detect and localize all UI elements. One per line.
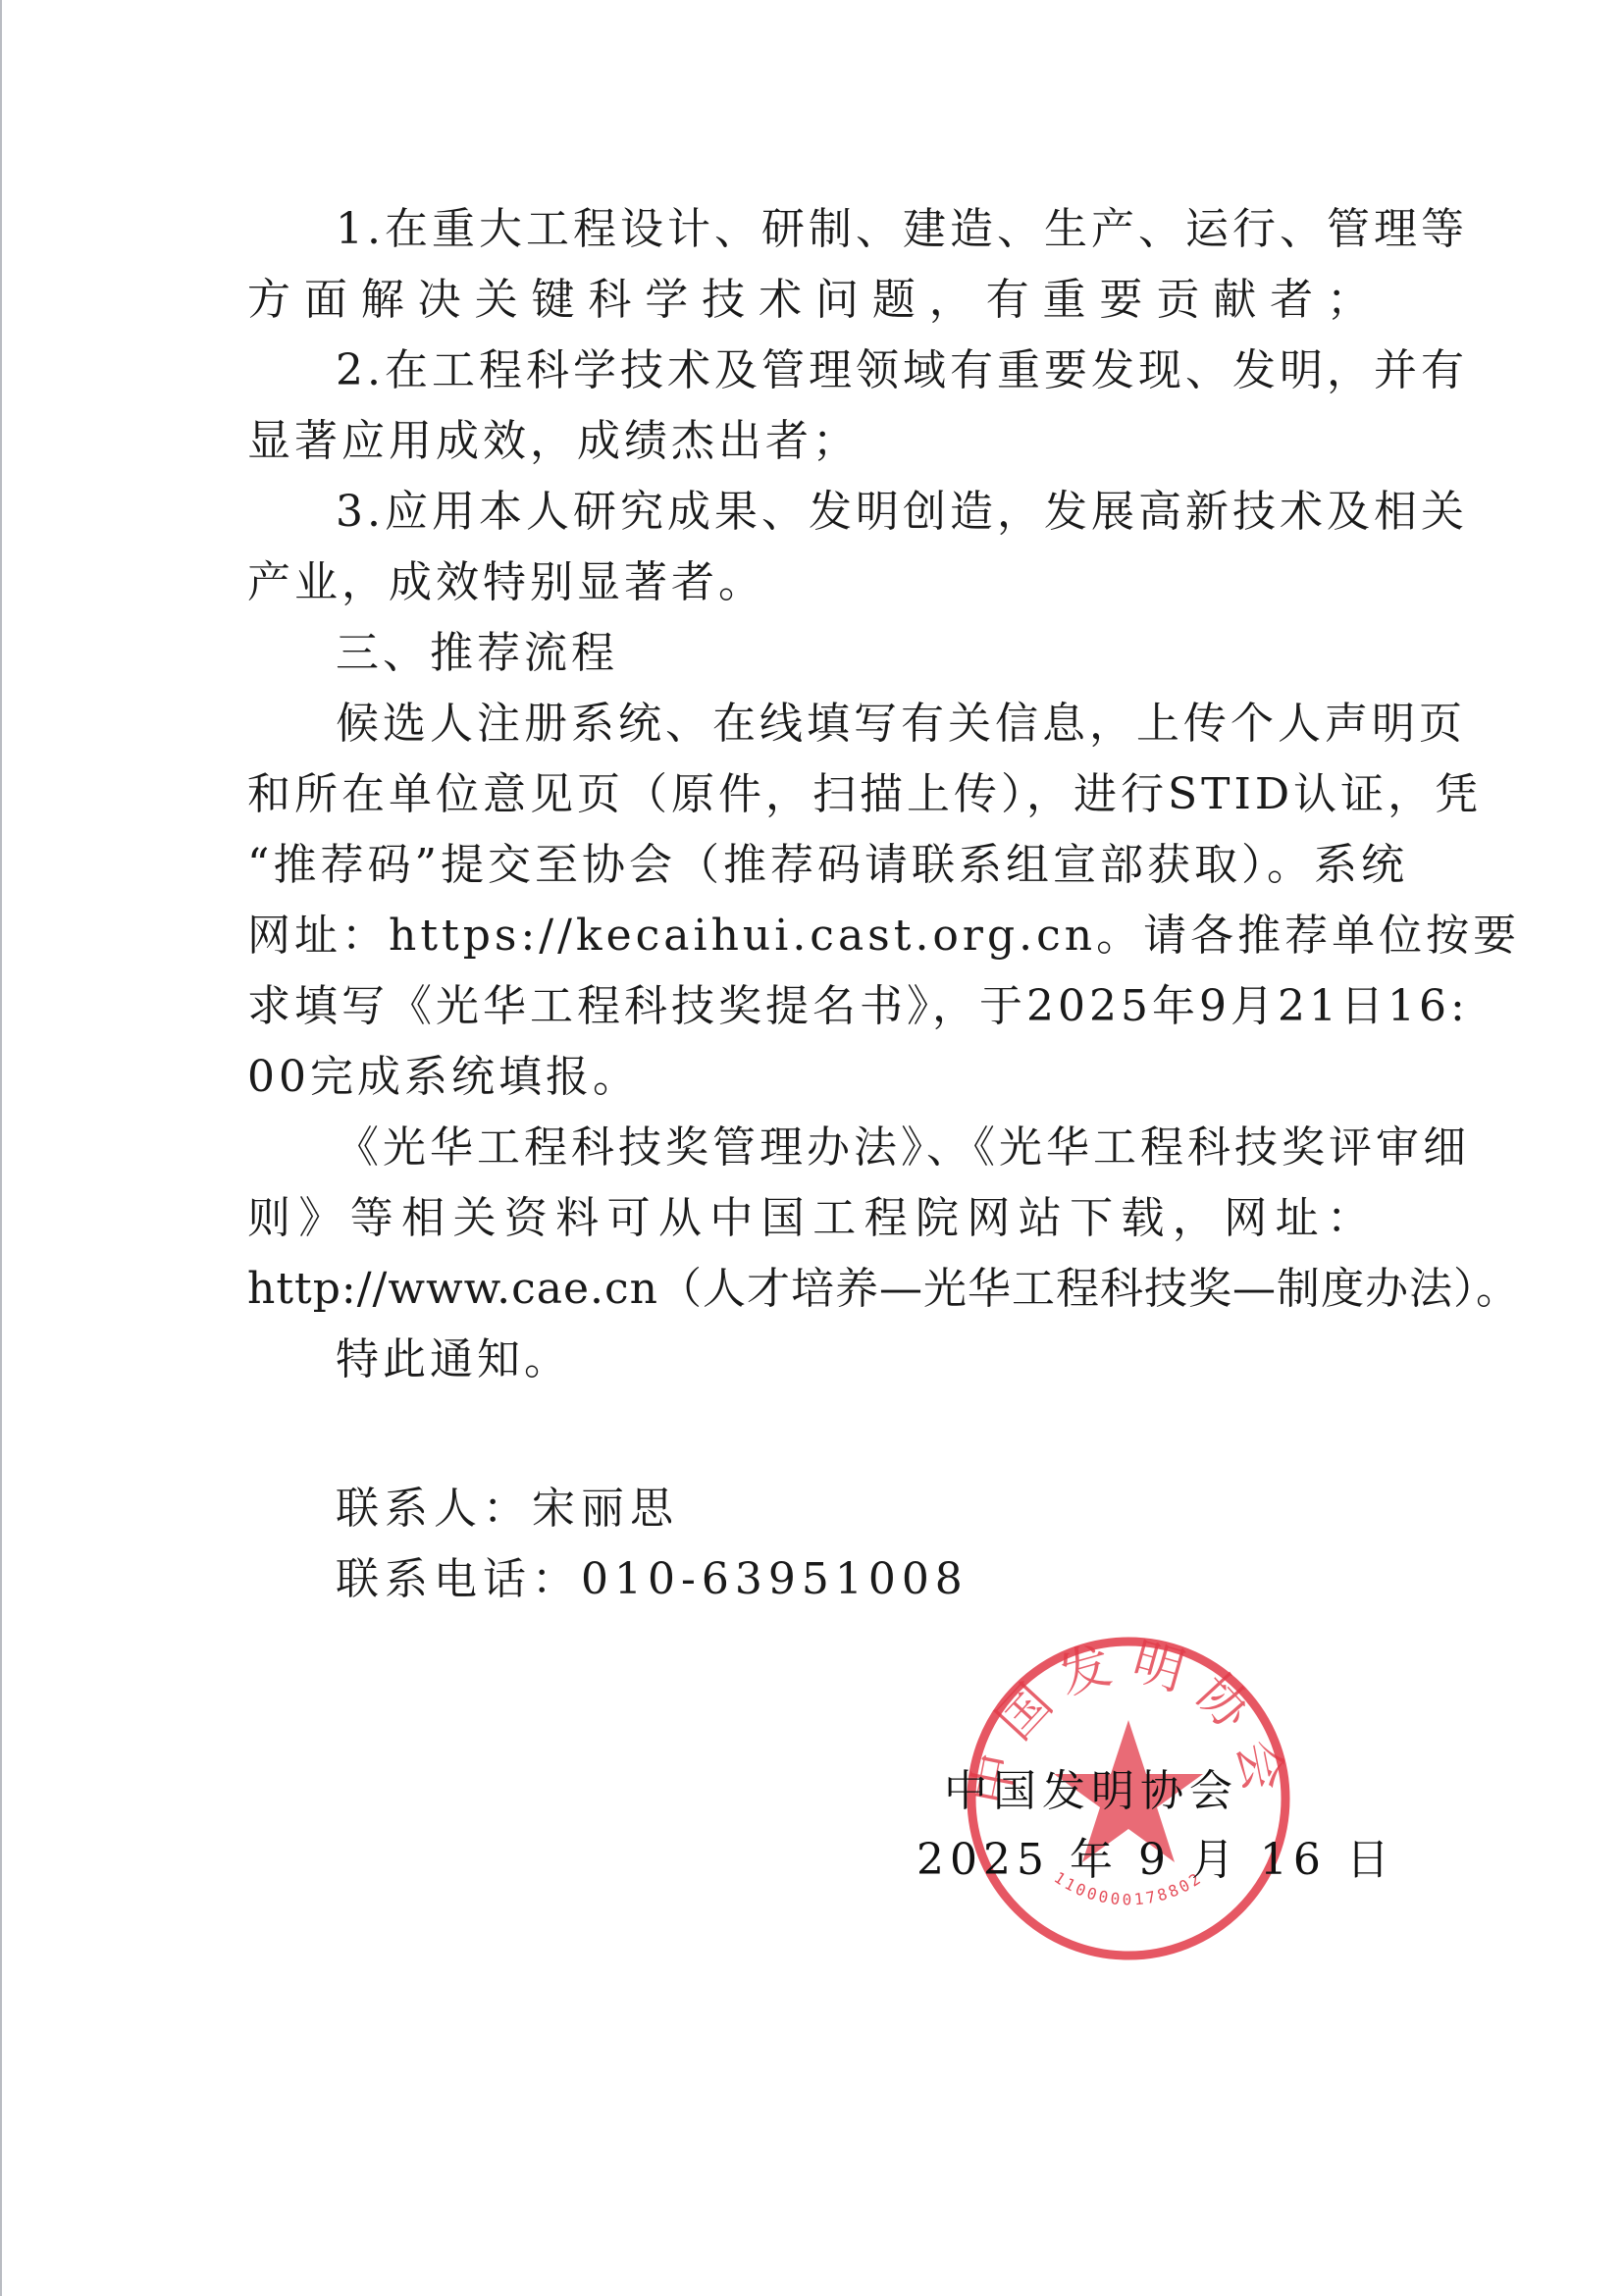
contact-phone: 联系电话：010-63951008 [336,1544,969,1615]
issuing-organization: 中国发明协会 [944,1756,1238,1827]
process-paragraph-line-1: 候选人注册系统、在线填写有关信息，上传个人声明页 [336,689,1374,759]
process-paragraph-line-2: 和所在单位意见页（原件，扫描上传），进行STID认证，凭 [247,759,1374,830]
section-heading-recommendation-process: 三、推荐流程 [336,618,618,689]
criterion-1-line-2: 方面解决关键科学技术问题，有重要贡献者； [247,265,1374,336]
criterion-2-line-2: 显著应用成效，成绩杰出者； [247,406,860,477]
issue-date: 2025 年 9 月 16 日 [916,1825,1395,1896]
materials-paragraph-line-3: http://www.cae.cn（人才培养—光华工程科技奖—制度办法）。 [247,1254,1520,1325]
criterion-3-line-2: 产业，成效特别显著者。 [247,548,765,618]
process-paragraph-line-6: 00完成系统填报。 [247,1042,640,1113]
process-paragraph-line-3: “推荐码”提交至协会（推荐码请联系组宣部获取）。系统 [247,830,1374,901]
criterion-3-line-1: 3.应用本人研究成果、发明创造，发展高新技术及相关 [336,477,1374,548]
contact-person: 联系人：宋丽思 [336,1474,679,1544]
criterion-2-line-1: 2.在工程科学技术及管理领域有重要发现、发明，并有 [336,336,1374,406]
page-edge [0,0,2,2296]
process-paragraph-line-4: 网址：https://kecaihui.cast.org.cn。请各推荐单位按要 [247,901,1374,971]
process-paragraph-line-5: 求填写《光华工程科技奖提名书》，于2025年9月21日16: [247,971,1374,1042]
criterion-1-line-1: 1.在重大工程设计、研制、建造、生产、运行、管理等 [336,194,1374,265]
materials-paragraph-line-1: 《光华工程科技奖管理办法》、《光华工程科技奖评审细 [336,1113,1374,1183]
closing-notice: 特此通知。 [336,1325,571,1395]
materials-paragraph-line-2: 则》等相关资料可从中国工程院网站下载，网址： [247,1183,1374,1254]
